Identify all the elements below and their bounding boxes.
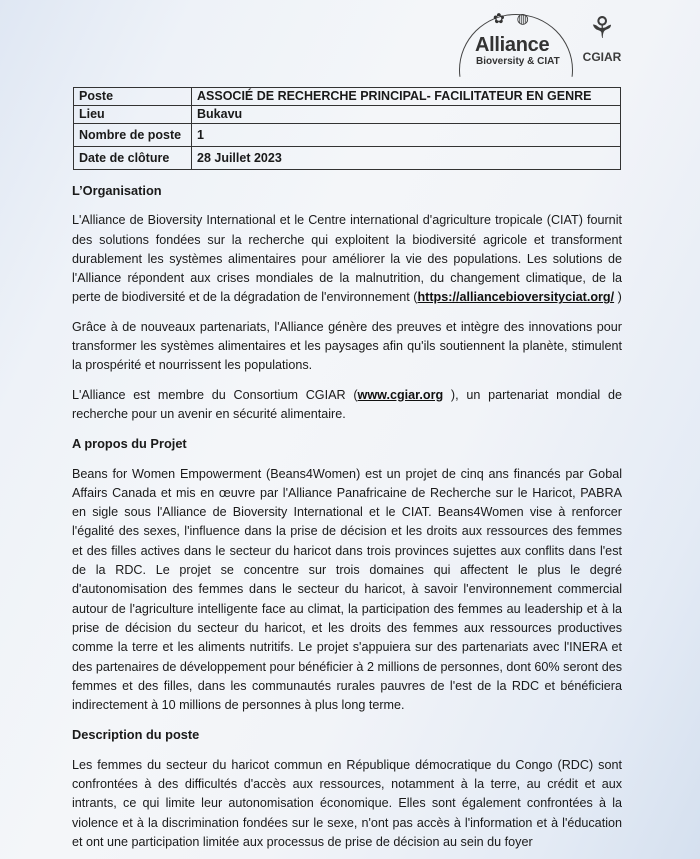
organisation-paragraph-1: L'Alliance de Bioversity International e… [72,211,622,307]
table-row: Poste ASSOCIÉ DE RECHERCHE PRINCIPAL- FA… [74,88,621,106]
header-logos: ✿ ◍ Alliance Bioversity & CIAT ⚘ CGIAR [455,4,695,74]
alliance-leaf-globe-icon: ✿ ◍ [493,10,533,27]
row-value: Bukavu [192,106,621,124]
link-close-paren: ) [614,290,622,304]
description-paragraph-1: Les femmes du secteur du haricot commun … [72,756,622,852]
job-info-table: Poste ASSOCIÉ DE RECHERCHE PRINCIPAL- FA… [73,87,621,170]
alliance-website-link[interactable]: https://alliancebioversityciat.org/ [417,290,614,304]
cgiar-website-link[interactable]: www.cgiar.org [358,388,444,402]
cgiar-text-before: L'Alliance est membre du Consortium CGIA… [72,388,358,402]
row-value: ASSOCIÉ DE RECHERCHE PRINCIPAL- FACILITA… [192,88,621,106]
projet-paragraph-1: Beans for Women Empowerment (Beans4Women… [72,465,622,716]
cgiar-wheat-icon: ⚘ [577,10,627,48]
row-label: Nombre de poste [74,124,192,147]
alliance-logo: ✿ ◍ Alliance Bioversity & CIAT [455,4,575,72]
table-row: Lieu Bukavu [74,106,621,124]
cgiar-logo: ⚘ CGIAR [577,10,627,70]
alliance-logo-subtitle: Bioversity & CIAT [476,56,560,67]
table-row: Nombre de poste 1 [74,124,621,147]
cgiar-logo-name: CGIAR [577,50,627,64]
row-label: Poste [74,88,192,106]
section-title-description: Description du poste [72,725,622,744]
organisation-paragraph-2: Grâce à de nouveaux partenariats, l'Alli… [72,318,622,376]
table-row: Date de clôture 28 Juillet 2023 [74,147,621,170]
document-page: ✿ ◍ Alliance Bioversity & CIAT ⚘ CGIAR P… [0,0,700,859]
alliance-logo-name: Alliance [475,34,549,57]
row-value: 1 [192,124,621,147]
row-label: Date de clôture [74,147,192,170]
organisation-paragraph-3: L'Alliance est membre du Consortium CGIA… [72,386,622,425]
document-body: L’Organisation L'Alliance de Bioversity … [72,181,622,859]
row-value: 28 Juillet 2023 [192,147,621,170]
section-title-organisation: L’Organisation [72,181,622,200]
section-title-projet: A propos du Projet [72,434,622,453]
row-label: Lieu [74,106,192,124]
